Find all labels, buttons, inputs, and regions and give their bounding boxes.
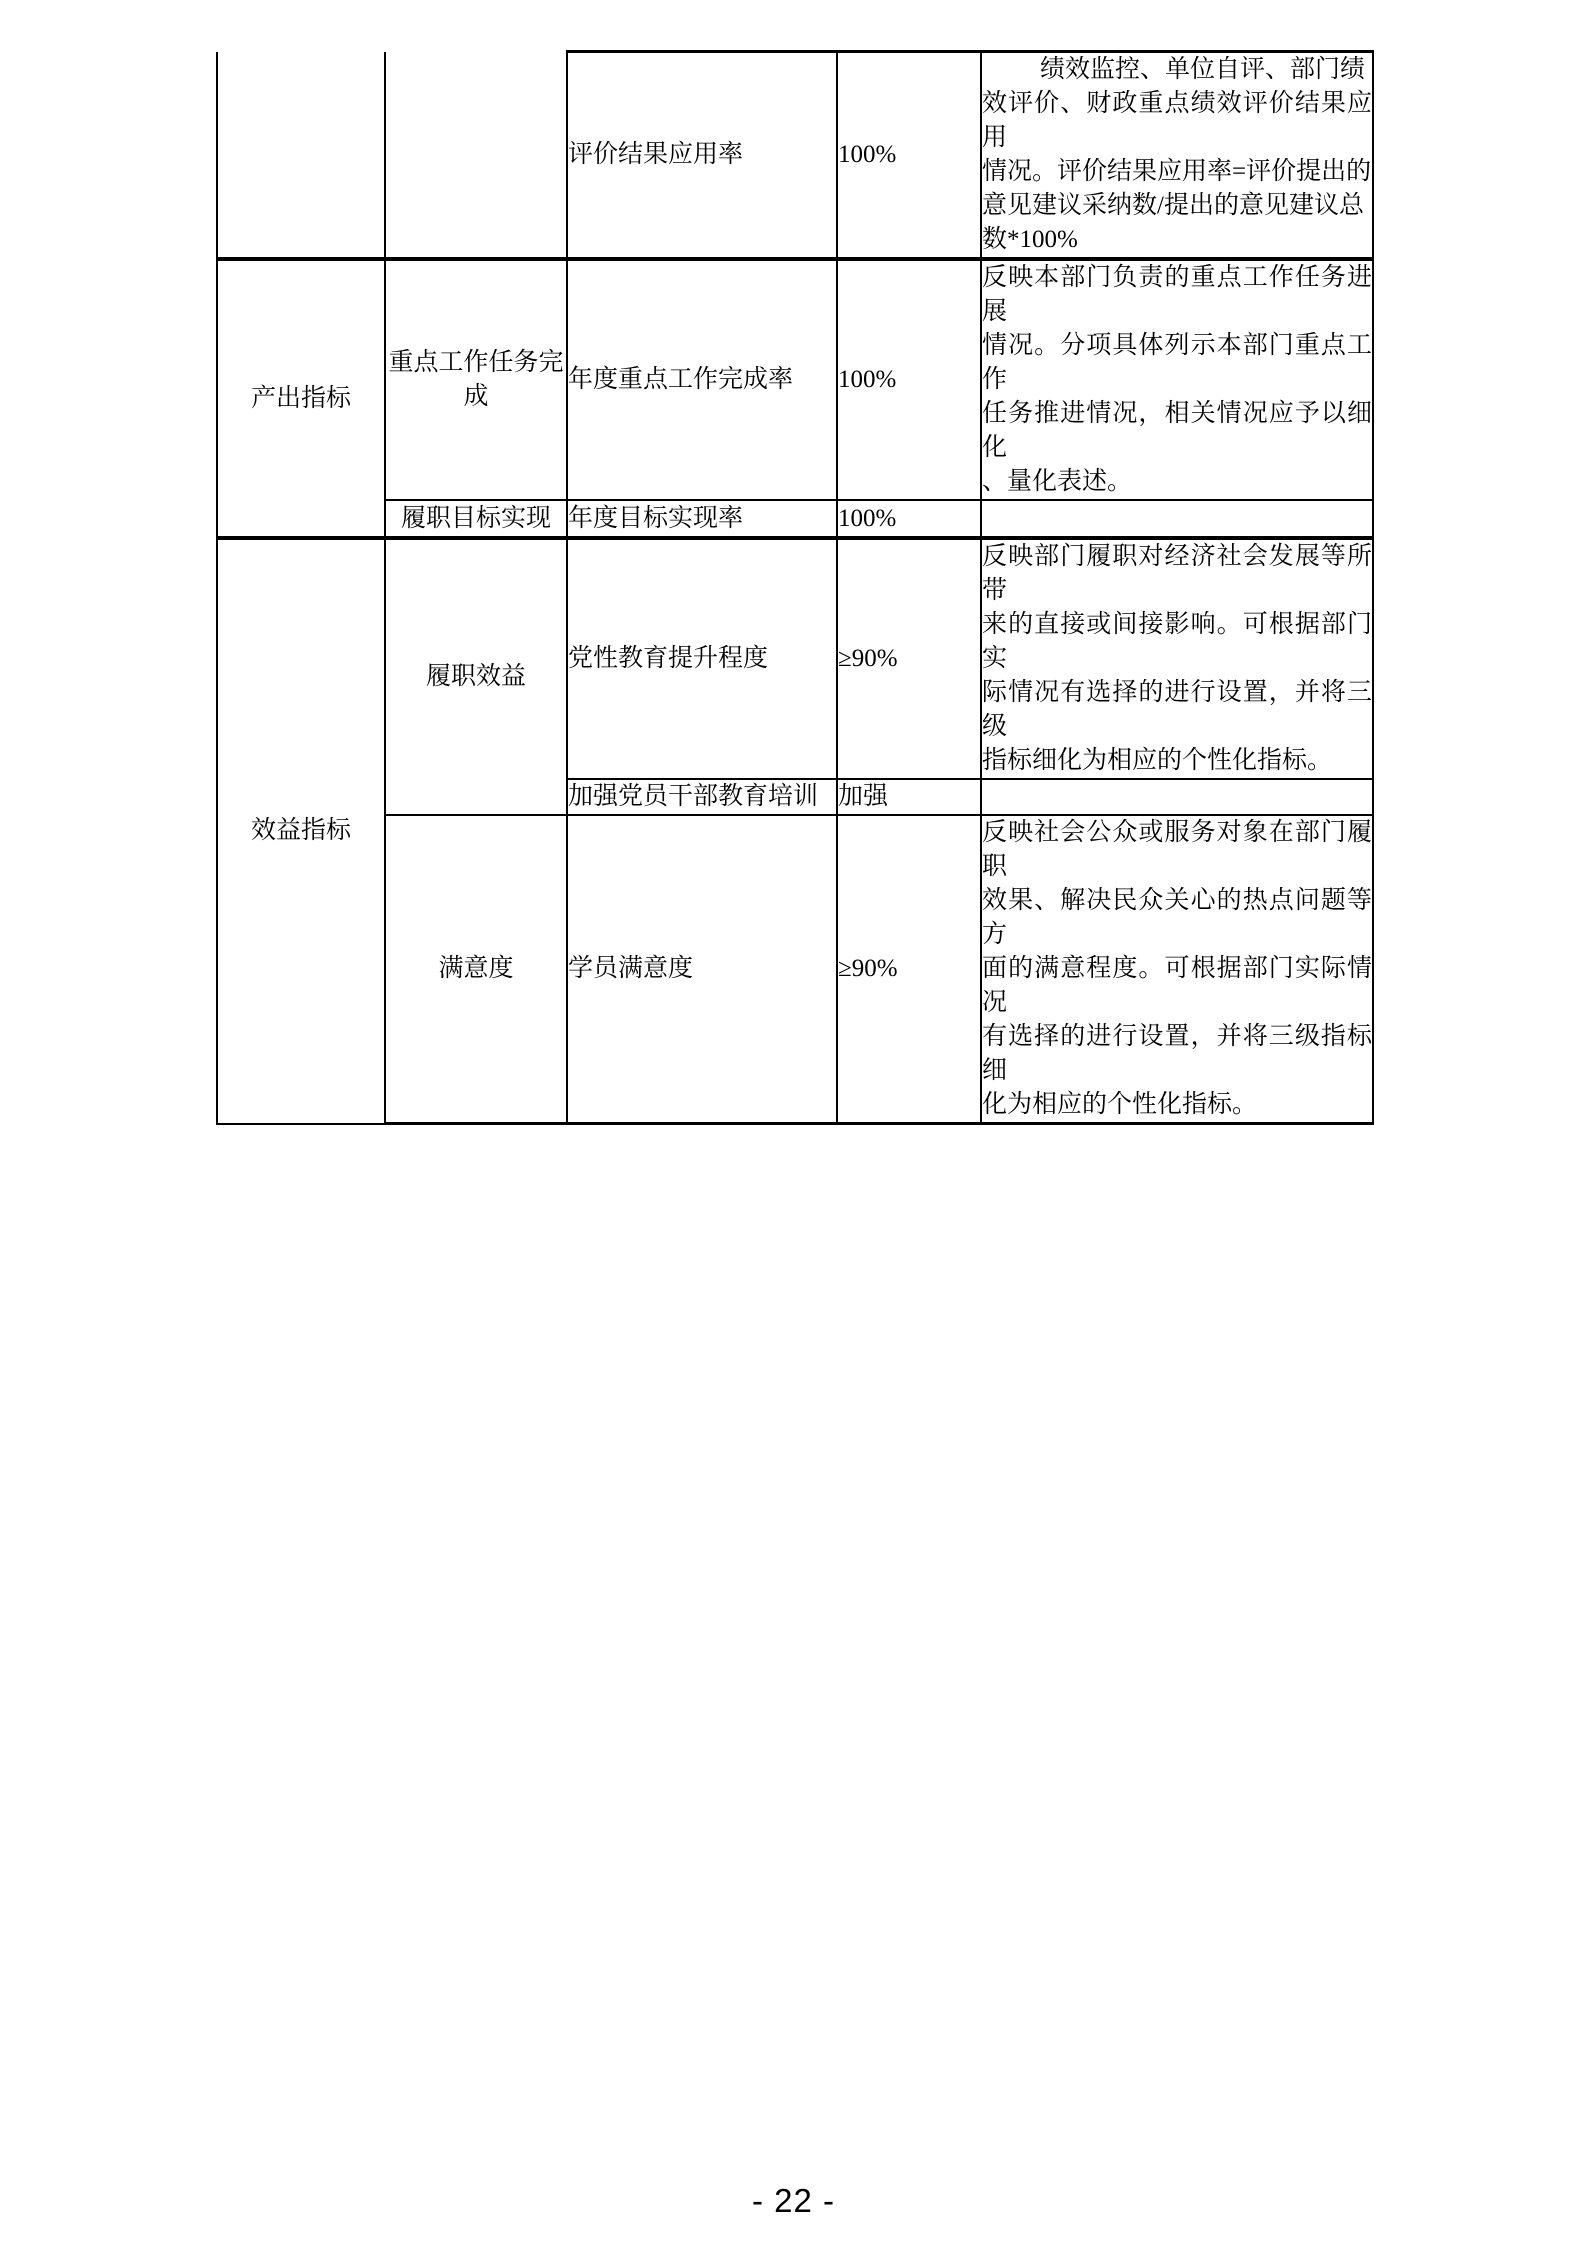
page-number: - 22 - [0, 2182, 1587, 2220]
cell-level1-output: 产出指标 [217, 259, 385, 538]
cell-target-value: 加强 [837, 779, 981, 815]
cell-target-value: 100% [837, 259, 981, 500]
cell-explanation-empty [981, 500, 1373, 538]
cell-indicator: 年度重点工作完成率 [567, 259, 837, 500]
cell-explanation: 绩效监控、单位自评、部门绩 效评价、财政重点绩效评价结果应用 情况。评价结果应用… [981, 52, 1373, 260]
table-row: 产出指标 重点工作任务完成 年度重点工作完成率 100% 反映本部门负责的重点工… [217, 259, 1373, 500]
cell-explanation: 反映社会公众或服务对象在部门履职 效果、解决民众关心的热点问题等方 面的满意程度… [981, 815, 1373, 1124]
cell-level1-benefit: 效益指标 [217, 538, 385, 1124]
table-row: 评价结果应用率 100% 绩效监控、单位自评、部门绩 效评价、财政重点绩效评价结… [217, 52, 1373, 260]
performance-indicator-table: 评价结果应用率 100% 绩效监控、单位自评、部门绩 效评价、财政重点绩效评价结… [216, 50, 1374, 1125]
cell-target-value: 100% [837, 500, 981, 538]
table-row: 效益指标 履职效益 党性教育提升程度 ≥90% 反映部门履职对经济社会发展等所带… [217, 538, 1373, 779]
cell-indicator: 年度目标实现率 [567, 500, 837, 538]
cell-level1-continued [217, 52, 385, 260]
table-row: 履职目标实现 年度目标实现率 100% [217, 500, 1373, 538]
cell-indicator: 学员满意度 [567, 815, 837, 1124]
cell-level2-continued [385, 52, 567, 260]
table-row: 满意度 学员满意度 ≥90% 反映社会公众或服务对象在部门履职 效果、解决民众关… [217, 815, 1373, 1124]
document-page: 评价结果应用率 100% 绩效监控、单位自评、部门绩 效评价、财政重点绩效评价结… [0, 0, 1587, 2244]
cell-level2: 满意度 [385, 815, 567, 1124]
cell-explanation: 反映本部门负责的重点工作任务进展 情况。分项具体列示本部门重点工作 任务推进情况… [981, 259, 1373, 500]
cell-explanation: 反映部门履职对经济社会发展等所带 来的直接或间接影响。可根据部门实 际情况有选择… [981, 538, 1373, 779]
cell-target-value: 100% [837, 52, 981, 260]
cell-level2: 履职效益 [385, 538, 567, 815]
cell-level2: 重点工作任务完成 [385, 259, 567, 500]
cell-indicator: 评价结果应用率 [567, 52, 837, 260]
cell-level2: 履职目标实现 [385, 500, 567, 538]
cell-target-value: ≥90% [837, 815, 981, 1124]
cell-explanation-empty [981, 779, 1373, 815]
cell-indicator: 党性教育提升程度 [567, 538, 837, 779]
cell-indicator: 加强党员干部教育培训 [567, 779, 837, 815]
cell-target-value: ≥90% [837, 538, 981, 779]
